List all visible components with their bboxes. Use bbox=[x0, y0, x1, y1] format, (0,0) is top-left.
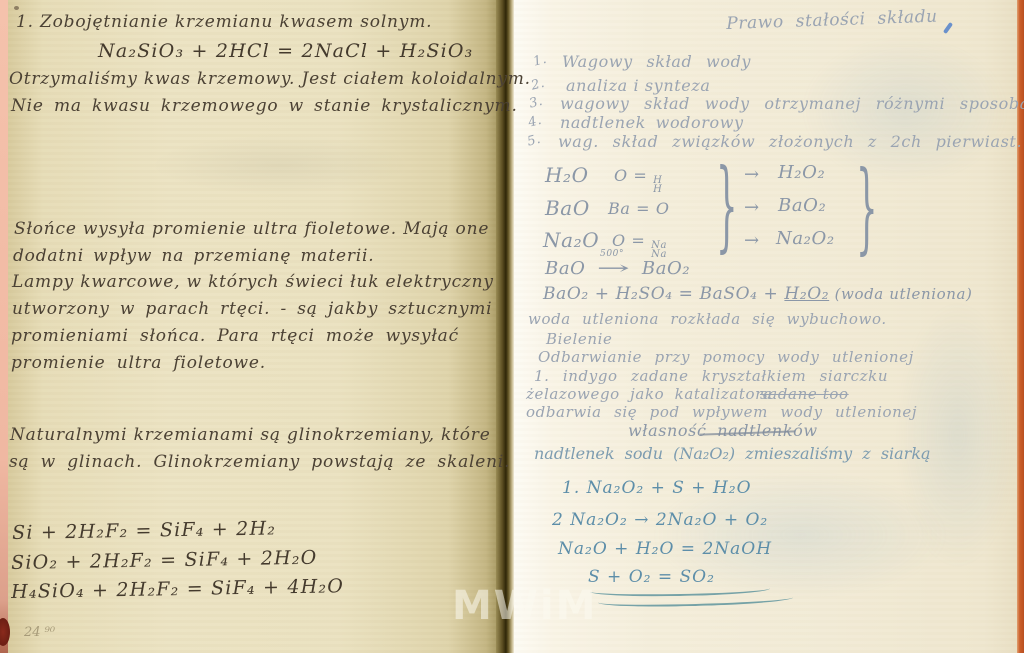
underlined-formula: H₂O₂ bbox=[784, 284, 829, 304]
handwriting-line: Lampy kwarcowe, w których świeci łuk ele… bbox=[12, 274, 494, 291]
chem-equation: Na₂SiO₃ + 2HCl = 2NaCl + H₂SiO₃ bbox=[98, 42, 473, 61]
equation-rhs: BaO₂ bbox=[642, 258, 690, 279]
handwriting-line: Nie ma kwasu krzemowego w stanie krystal… bbox=[11, 98, 518, 115]
peroxide-formula: H₂O₂ bbox=[778, 164, 825, 182]
chem-equation: 1. Na₂O₂ + S + H₂O bbox=[562, 480, 752, 497]
handwriting-line: Otrzymaliśmy kwas krzemowy. Jest ciałem … bbox=[9, 71, 531, 88]
handwriting-line: nadtlenek sodu (Na₂O₂) zmieszaliśmy z si… bbox=[534, 446, 931, 462]
arrow-glyph: → bbox=[596, 260, 631, 278]
stack-bottom: H bbox=[653, 185, 662, 194]
brace-glyph: } bbox=[856, 160, 878, 259]
handwriting-line: Bielenie bbox=[546, 332, 613, 347]
oxide-formula: H₂O bbox=[545, 165, 589, 185]
handwriting-line: Słońce wysyła promienie ultra fioletowe.… bbox=[14, 221, 489, 238]
notebook-scan: 1. Zobojętnianie krzemianu kwasem solnym… bbox=[0, 0, 1024, 653]
chem-equation: Na₂O + H₂O = 2NaOH bbox=[558, 541, 772, 558]
structure-stack: HH bbox=[653, 176, 662, 194]
arrow-glyph: → bbox=[744, 232, 760, 250]
handwriting-line: Naturalnymi krzemianami są glinokrzemian… bbox=[10, 427, 491, 444]
arrow-glyph: → bbox=[744, 166, 760, 184]
chem-equation: SiO₂ + 2H₂F₂ = SiF₄ + 2H₂O bbox=[11, 549, 318, 573]
list-item-number: 1. bbox=[532, 53, 548, 69]
handwriting-line: promieniami słońca. Para rtęci może wysy… bbox=[11, 328, 459, 345]
handwriting-line: dodatni wpływ na przemianę materii. bbox=[13, 248, 374, 265]
equation-lhs: BaO bbox=[545, 258, 586, 279]
handwriting-line: odbarwia się pod wpływem wody utlenionej bbox=[526, 405, 917, 420]
oxide-formula: Na₂O bbox=[543, 230, 599, 250]
handwriting-line: żelazowego jako katalizatora bbox=[526, 387, 772, 402]
list-item-text: wag. skład związków złożonych z 2ch pier… bbox=[558, 134, 1022, 150]
oxide-structure: O = HH bbox=[614, 168, 662, 194]
handwriting-line: 1. indygo zadane kryształkiem siarczku bbox=[534, 369, 888, 384]
struck-text: sadane too bbox=[760, 387, 849, 402]
watermark: MWiM bbox=[452, 583, 597, 629]
chem-equation: Si + 2H₂F₂ = SiF₄ + 2H₂ bbox=[12, 519, 276, 543]
page-number: 24 ⁹⁰ bbox=[24, 626, 55, 639]
structure-stack: NaNa bbox=[651, 241, 667, 259]
chem-equation: 2 Na₂O₂ → 2Na₂O + O₂ bbox=[552, 512, 768, 529]
left-cover-edge bbox=[0, 0, 8, 653]
structure-text: O = bbox=[612, 231, 645, 250]
arrow-glyph: → bbox=[744, 199, 760, 217]
structure-text: O = bbox=[614, 166, 647, 185]
equation-note: (woda utleniona) bbox=[829, 285, 972, 303]
chem-equation: BaO₂ + H₂SO₄ = BaSO₄ + H₂O₂ (woda utleni… bbox=[543, 286, 973, 303]
list-item-text: nadtlenek wodorowy bbox=[560, 115, 744, 131]
handwriting-line: są w glinach. Glinokrzemiany powstają ze… bbox=[9, 454, 510, 471]
handwriting-line: promienie ultra fioletowe. bbox=[11, 355, 266, 372]
chem-equation: BaO → BaO₂ bbox=[545, 260, 690, 278]
peroxide-formula: Na₂O₂ bbox=[776, 230, 835, 248]
ink-dot bbox=[14, 6, 19, 10]
handwriting-line: utworzony w parach rtęci. - są jakby szt… bbox=[12, 301, 492, 318]
list-item-number: 4. bbox=[527, 114, 543, 130]
handwriting-line: Odbarwianie przy pomocy wody utlenionej bbox=[538, 350, 914, 365]
brace-glyph: } bbox=[716, 158, 738, 257]
list-item-text: wagowy skład wody otrzymanej różnymi spo… bbox=[560, 96, 1024, 112]
list-item-text: analiza i synteza bbox=[566, 78, 711, 94]
list-item-text: Wagowy skład wody bbox=[562, 54, 751, 70]
list-item-number: 2. bbox=[530, 77, 546, 93]
list-item-number: 5. bbox=[526, 133, 542, 149]
list-item-number: 3. bbox=[528, 95, 544, 111]
handwriting-line: woda utleniona rozkłada się wybuchowo. bbox=[528, 312, 887, 327]
oxide-structure: Ba = O bbox=[608, 201, 670, 217]
peroxide-formula: BaO₂ bbox=[778, 197, 826, 215]
equation-text: BaO₂ + H₂SO₄ = BaSO₄ + bbox=[543, 284, 784, 304]
handwriting-line: 1. Zobojętnianie krzemianu kwasem solnym… bbox=[16, 14, 432, 31]
oxide-formula: BaO bbox=[545, 198, 590, 218]
